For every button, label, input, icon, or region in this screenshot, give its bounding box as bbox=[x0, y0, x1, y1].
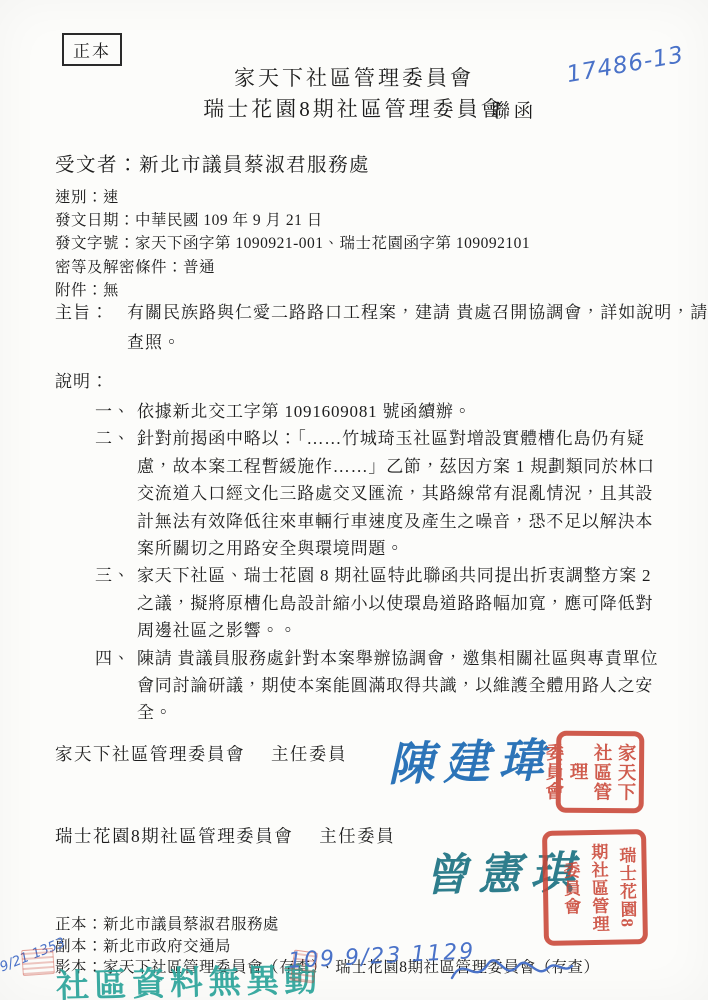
item-marker: 二、 bbox=[95, 425, 137, 452]
meta-block: 速別：速 發文日期：中華民國 109 年 9 月 21 日 發文字號：家天下函字… bbox=[55, 186, 530, 302]
green-verification-stamp: 社區資料無異動 bbox=[55, 954, 322, 1000]
list-item: 三、家天下社區、瑞士花園 8 期社區特此聯函共同提出折衷調整方案 2 之議，擬將… bbox=[95, 562, 661, 644]
seal-stamp-jiatianxia: 家天下 社區管理 委員會 bbox=[556, 731, 645, 814]
signature2-org: 瑞士花園8期社區管理委員會 bbox=[55, 826, 293, 846]
list-item: 四、陳請 貴議員服務處針對本案舉辦協調會，邀集相關社區與專責單位會同討論研議，期… bbox=[95, 645, 661, 727]
subject-text: 有關民族路與仁愛二路路口工程案，建請 貴處召開協調會，詳如說明，請 查照。 bbox=[127, 303, 708, 352]
doc-type-label: 聯函 bbox=[491, 96, 537, 123]
distribution-original: 正本：新北市議員蔡淑君服務處 bbox=[55, 914, 600, 936]
signature1-title: 主任委員 bbox=[271, 744, 347, 764]
explanation-items: 一、依據新北交工字第 1091609081 號函續辦。 二、針對前揭函中略以：「… bbox=[95, 398, 661, 727]
item-text: 針對前揭函中略以：「……竹城琦玉社區對增設實體槽化島仍有疑慮，故本案工程暫緩施作… bbox=[137, 429, 655, 558]
seal-column: 社區管理 bbox=[565, 739, 614, 805]
signature1-org: 家天下社區管理委員會 bbox=[55, 744, 245, 764]
scanned-letter-page: 正本 家天下社區管理委員會 瑞士花園8期社區管理委員會 聯函 17486-13 … bbox=[0, 0, 708, 1000]
meta-classification: 密等及解密條件：普通 bbox=[55, 256, 530, 279]
item-marker: 三、 bbox=[95, 562, 137, 589]
signature1-handwritten-name: 陳建瑋 bbox=[387, 724, 554, 794]
copy-label-box: 正本 bbox=[62, 33, 122, 66]
header-org-line2: 瑞士花園8期社區管理委員會 bbox=[0, 94, 708, 125]
small-red-stamp bbox=[21, 948, 55, 976]
handwritten-signature-scribble bbox=[446, 948, 576, 990]
item-text: 依據新北交工字第 1091609081 號函續辦。 bbox=[137, 402, 472, 421]
item-marker: 一、 bbox=[95, 398, 137, 425]
recipient-line: 受文者：新北市議員蔡淑君服務處 bbox=[55, 149, 370, 177]
list-item: 一、依據新北交工字第 1091609081 號函續辦。 bbox=[95, 398, 661, 425]
seal-text: 家天下 社區管理 委員會 bbox=[563, 739, 638, 806]
subject-paragraph: 主旨：有關民族路與仁愛二路路口工程案，建請 貴處召開協調會，詳如說明，請 查照。 bbox=[55, 298, 708, 358]
meta-ref-number: 發文字號：家天下函字第 1090921-001、瑞士花園函字第 10909210… bbox=[55, 232, 530, 255]
list-item: 二、針對前揭函中略以：「……竹城琦玉社區對增設實體槽化島仍有疑慮，故本案工程暫緩… bbox=[95, 425, 661, 562]
meta-speed: 速別：速 bbox=[55, 186, 530, 209]
item-text: 陳請 貴議員服務處針對本案舉辦協調會，邀集相關社區與專責單位會同討論研議，期使本… bbox=[137, 649, 658, 723]
subject-label: 主旨： bbox=[55, 298, 127, 328]
seal-column: 瑞士花園8 bbox=[611, 837, 641, 936]
explanation-label: 說明： bbox=[55, 367, 109, 392]
seal-column: 委員會 bbox=[541, 738, 566, 804]
signature1-label: 家天下社區管理委員會主任委員 bbox=[55, 741, 347, 766]
seal-column: 家天下 bbox=[613, 739, 638, 805]
signature2-title: 主任委員 bbox=[319, 826, 395, 846]
item-marker: 四、 bbox=[95, 645, 137, 672]
item-text: 家天下社區、瑞士花園 8 期社區特此聯函共同提出折衷調整方案 2 之議，擬將原槽… bbox=[137, 566, 653, 640]
signature2-label: 瑞士花園8期社區管理委員會主任委員 bbox=[55, 823, 395, 848]
meta-date: 發文日期：中華民國 109 年 9 月 21 日 bbox=[55, 209, 530, 232]
